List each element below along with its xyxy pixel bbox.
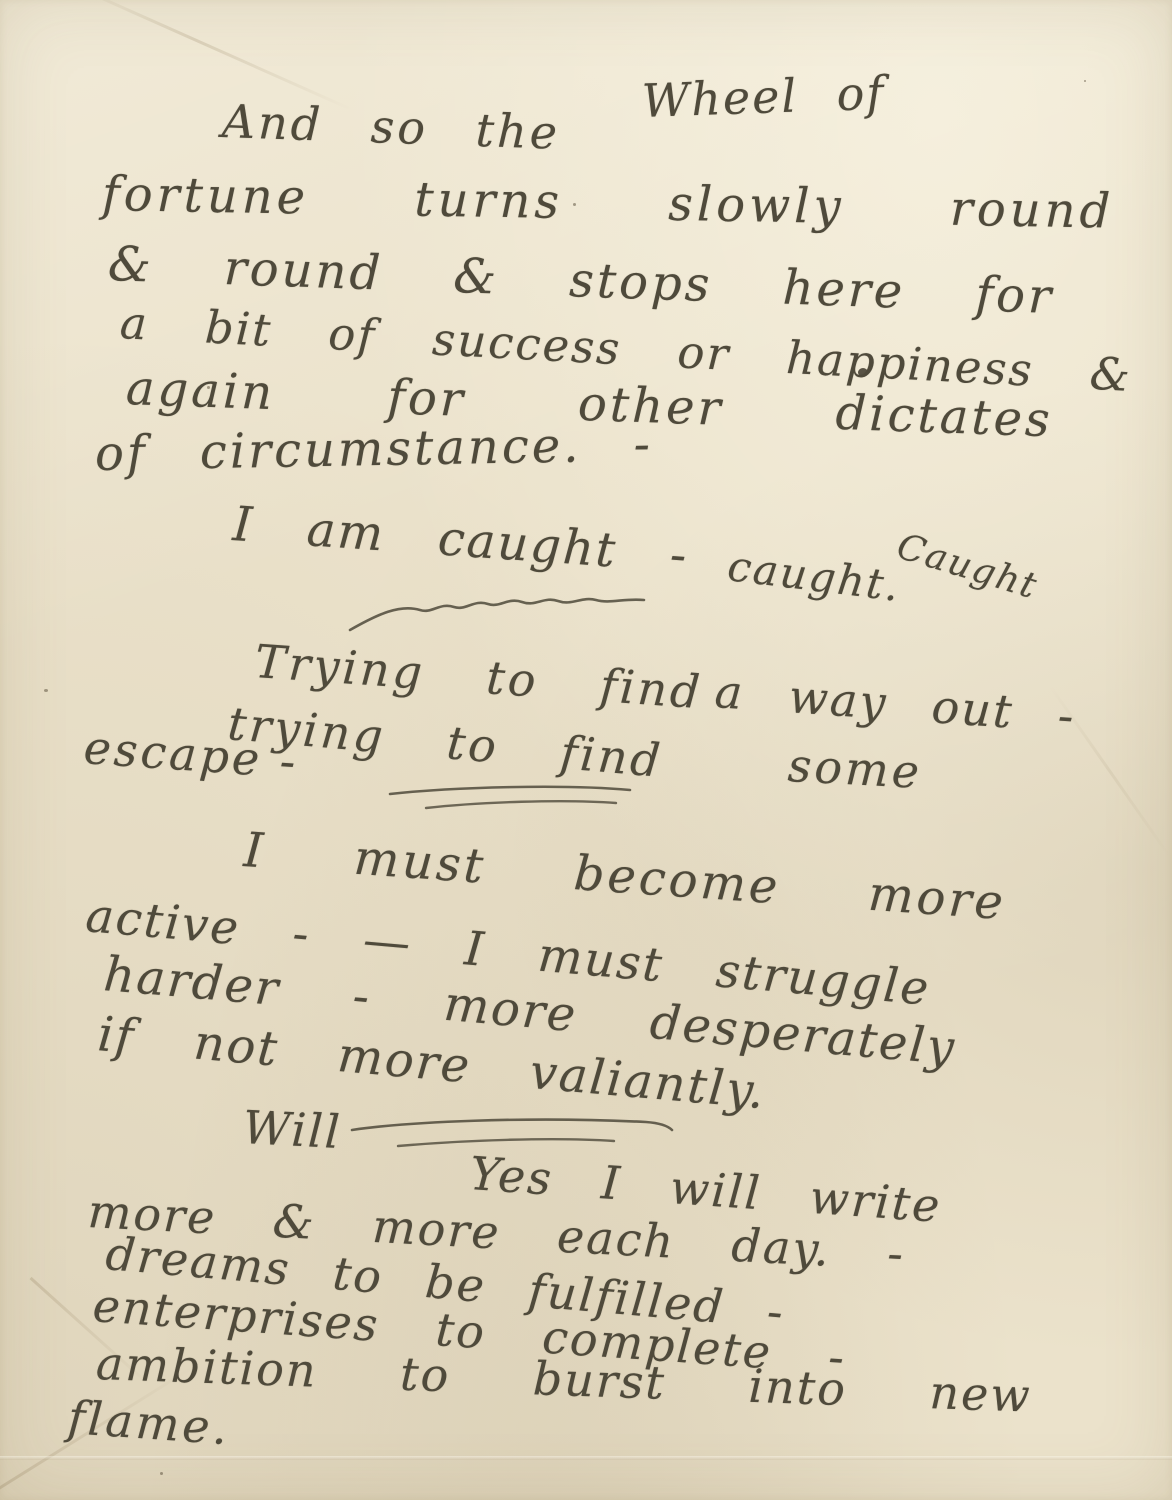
paper-speck (160, 1472, 163, 1475)
letter-page: And so the Wheel of fortune turns slowly… (0, 0, 1172, 1500)
handwritten-line: And so the (221, 98, 561, 156)
handwritten-line: some (787, 742, 923, 795)
handwritten-line: ambition to burst into new (95, 1340, 1032, 1419)
handwritten-line: Wheel of (641, 70, 886, 124)
paper-speck (44, 689, 48, 692)
squiggle-underline-mark (348, 590, 648, 632)
handwritten-line: Caught (893, 529, 1042, 606)
handwritten-line: flame. (66, 1394, 231, 1451)
double-rule-mark (384, 782, 634, 814)
handwritten-line: Will (242, 1104, 343, 1155)
handwritten-line: a way out - (713, 668, 1077, 739)
handwritten-line: of circumstance. - (95, 420, 654, 478)
paper-crease (68, 0, 352, 111)
handwritten-line: escape - (82, 724, 300, 785)
handwritten-line: I am caught - (231, 500, 690, 580)
paper-crease (0, 1456, 1172, 1460)
paper-speck (1084, 80, 1086, 82)
handwritten-line: caught. (725, 545, 903, 608)
handwritten-line: fortune turns slowly round (102, 170, 1115, 236)
